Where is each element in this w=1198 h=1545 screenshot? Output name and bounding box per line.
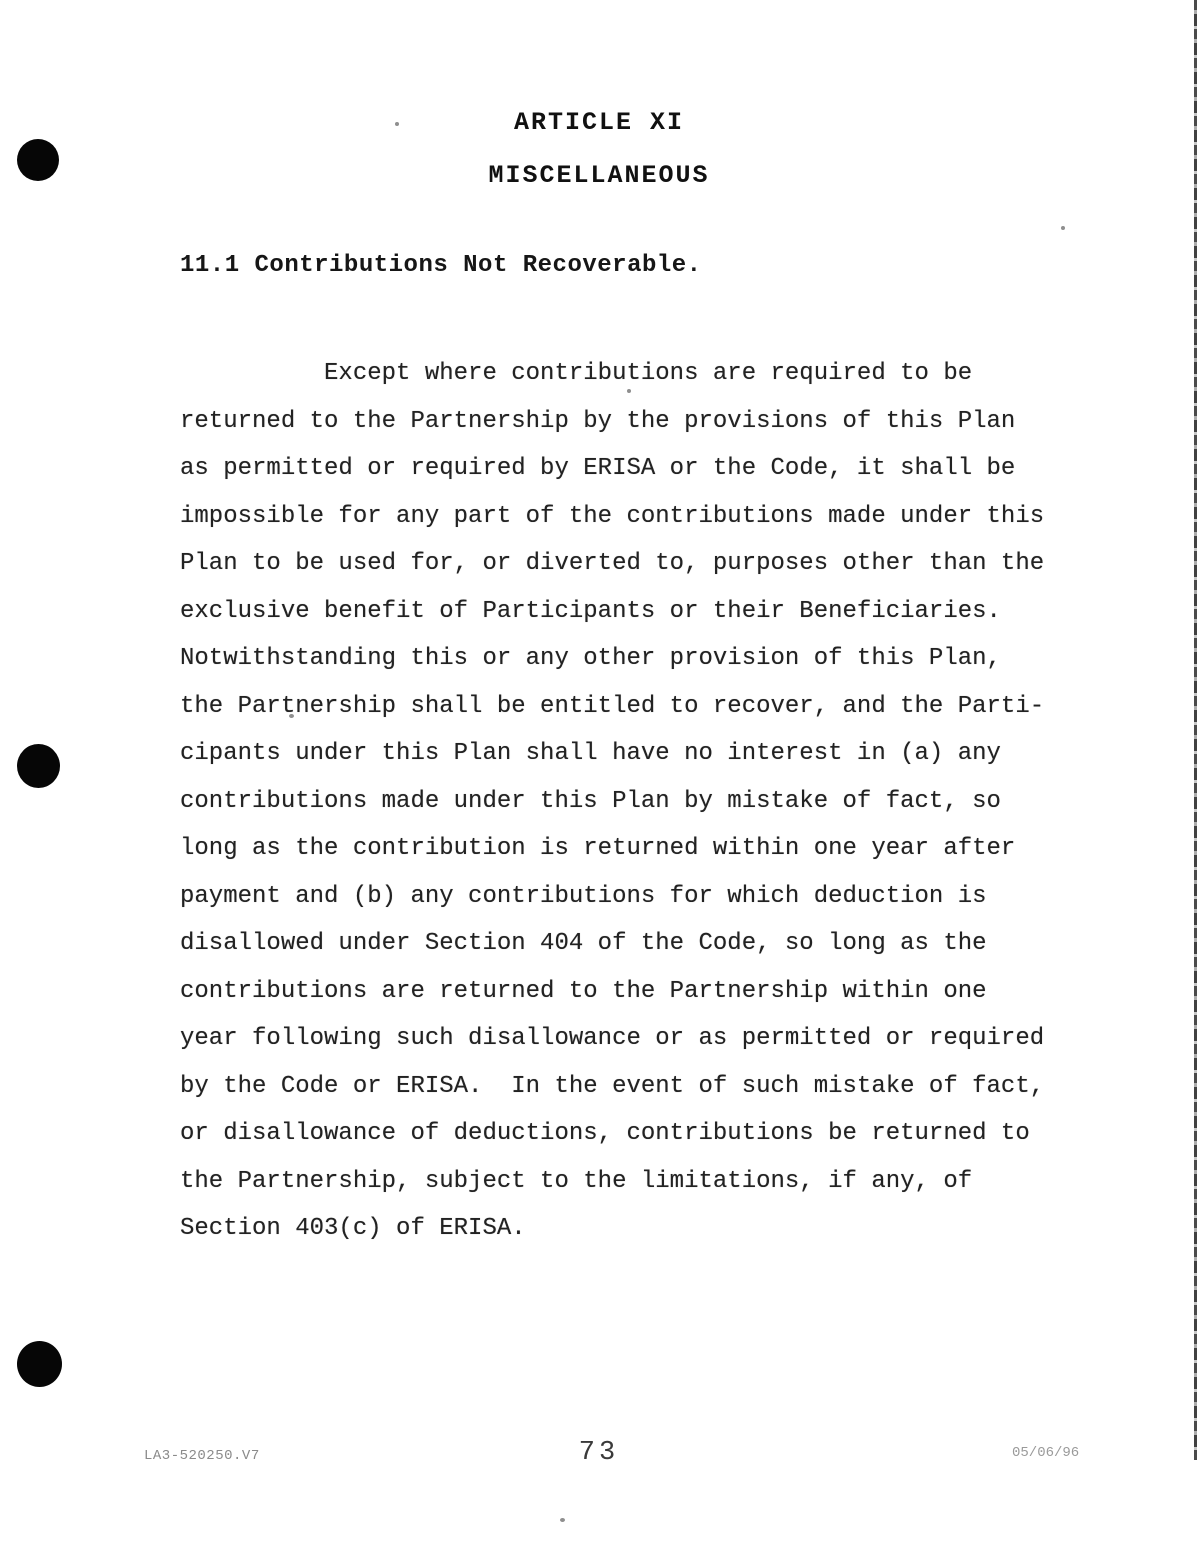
scan-speck bbox=[560, 1518, 565, 1522]
article-subtitle: MISCELLANEOUS bbox=[0, 161, 1198, 190]
footer-date: 05/06/96 bbox=[1012, 1445, 1079, 1461]
title-block: ARTICLE XI MISCELLANEOUS bbox=[0, 108, 1198, 190]
scan-speck bbox=[627, 389, 631, 393]
scan-speck bbox=[395, 122, 399, 126]
punch-hole-middle bbox=[17, 744, 60, 788]
document-page: ARTICLE XI MISCELLANEOUS 11.1 Contributi… bbox=[0, 0, 1198, 1545]
body-paragraph: Except where contributions are required … bbox=[180, 350, 1080, 1253]
page-edge-scan-line bbox=[1194, 0, 1197, 1460]
punch-hole-bottom bbox=[17, 1341, 62, 1387]
scan-speck bbox=[1061, 226, 1065, 230]
article-title: ARTICLE XI bbox=[0, 108, 1198, 137]
section-heading: 11.1 Contributions Not Recoverable. bbox=[180, 252, 702, 279]
scan-speck bbox=[289, 714, 294, 718]
